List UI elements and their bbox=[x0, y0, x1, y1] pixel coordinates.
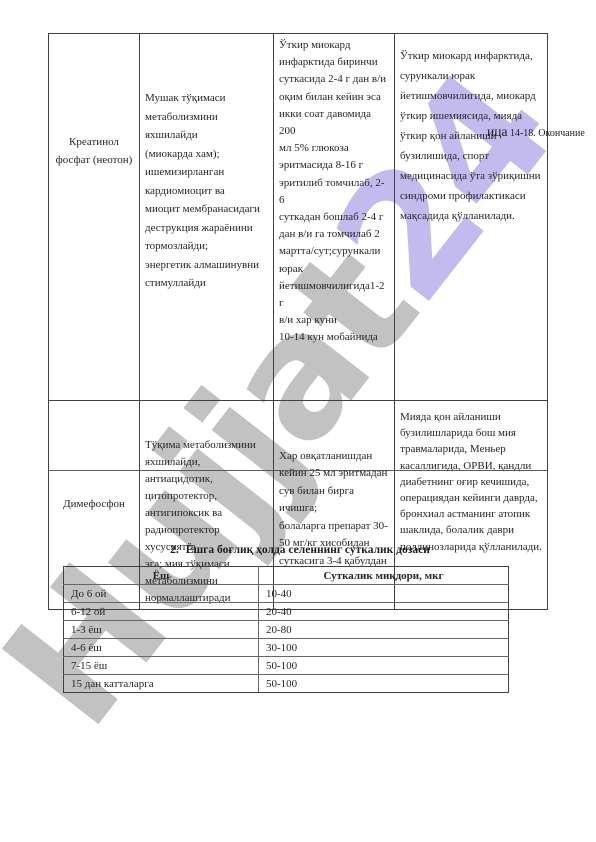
selenium-table-title: 2.Ёшга боғлиқ ҳолда селеннинг суткалик д… bbox=[70, 544, 530, 556]
table-row: 4-6 ёш 30-100 bbox=[64, 639, 509, 657]
age-cell: 15 дан катталарга bbox=[64, 675, 259, 693]
dose-cell: 50-100 bbox=[259, 657, 509, 675]
caption-large-fragment: ица bbox=[487, 124, 507, 139]
drug-table: Креатинол фосфат (неотон) Мушак тўқимаси… bbox=[48, 33, 548, 610]
table-row: 1-3 ёш 20-80 bbox=[64, 621, 509, 639]
selenium-table-number: 2. bbox=[170, 544, 179, 556]
table-continuation-caption: ица 14-18. Окончание bbox=[487, 123, 585, 141]
document-page: Hujjat24 Креатинол фосфат (неотон) Мушак… bbox=[0, 0, 596, 842]
dose-cell: 10-40 bbox=[259, 585, 509, 603]
drug-name-cell: Креатинол фосфат (неотон) bbox=[49, 34, 140, 401]
selenium-table-title-text: Ёшга боғлиқ ҳолда селеннинг суткалик доз… bbox=[186, 544, 430, 556]
drug-mechanism-cell: Мушак тўқимаси метаболизмини яхшилайди (… bbox=[140, 34, 274, 401]
table-row: 7-15 ёш 50-100 bbox=[64, 657, 509, 675]
dose-cell: 30-100 bbox=[259, 639, 509, 657]
age-cell: 6-12 ой bbox=[64, 603, 259, 621]
table-row: 15 дан катталарга 50-100 bbox=[64, 675, 509, 693]
dose-cell: 50-100 bbox=[259, 675, 509, 693]
age-cell: 1-3 ёш bbox=[64, 621, 259, 639]
caption-small-fragment: 14-18. Окончание bbox=[507, 128, 584, 139]
dose-column-header: Суткалик миқдори, мкг bbox=[259, 567, 509, 585]
table-row: 6-12 ой 20-40 bbox=[64, 603, 509, 621]
selenium-dose-table: Ёш Суткалик миқдори, мкг До 6 ой 10-40 6… bbox=[63, 566, 509, 693]
header-row: Ёш Суткалик миқдори, мкг bbox=[64, 567, 509, 585]
dose-cell: 20-80 bbox=[259, 621, 509, 639]
drug-dosage-cell: Ўткир миокард инфарктида биринчи суткаси… bbox=[274, 34, 395, 401]
dose-cell: 20-40 bbox=[259, 603, 509, 621]
age-cell: До 6 ой bbox=[64, 585, 259, 603]
age-column-header: Ёш bbox=[64, 567, 259, 585]
table-end-rule bbox=[48, 470, 548, 471]
drug-indications-cell: Ўткир миокард инфарктида, сурункали юрак… bbox=[395, 34, 548, 401]
age-cell: 4-6 ёш bbox=[64, 639, 259, 657]
table-row: До 6 ой 10-40 bbox=[64, 585, 509, 603]
age-cell: 7-15 ёш bbox=[64, 657, 259, 675]
table-row: Креатинол фосфат (неотон) Мушак тўқимаси… bbox=[49, 34, 548, 401]
